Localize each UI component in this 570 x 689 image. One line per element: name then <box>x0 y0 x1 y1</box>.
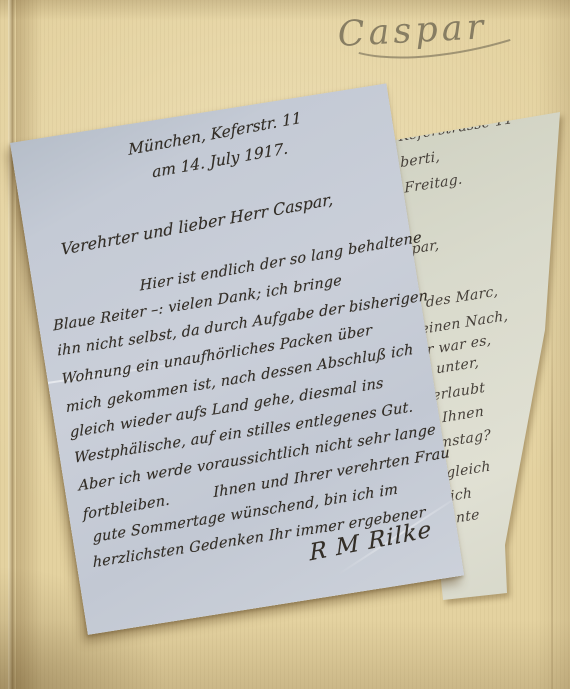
back-letter-fragment: Freitag. <box>404 171 463 196</box>
pencil-inscription: Caspar <box>337 5 530 68</box>
back-letter-fragment: unter, <box>436 355 480 378</box>
back-letter-fragment: einen Nach, <box>420 308 508 338</box>
back-letter-fragment: erlaubt <box>432 380 486 404</box>
back-letter-fragment: i des Marc, <box>416 283 499 312</box>
back-letter-fragment: gleich <box>446 458 491 481</box>
letter-salutation: Verehrter und lieber Herr Caspar, <box>60 190 333 259</box>
back-letter-fragment: berti, <box>400 149 441 171</box>
back-letter-fragment: Keferstrasse 11 <box>398 111 513 145</box>
front-letter-sheet: München, Keferstr. 11 am 14. July 1917. … <box>10 83 464 634</box>
photo-of-letters: Caspar Keferstrasse 11 berti, Freitag. s… <box>0 0 570 689</box>
